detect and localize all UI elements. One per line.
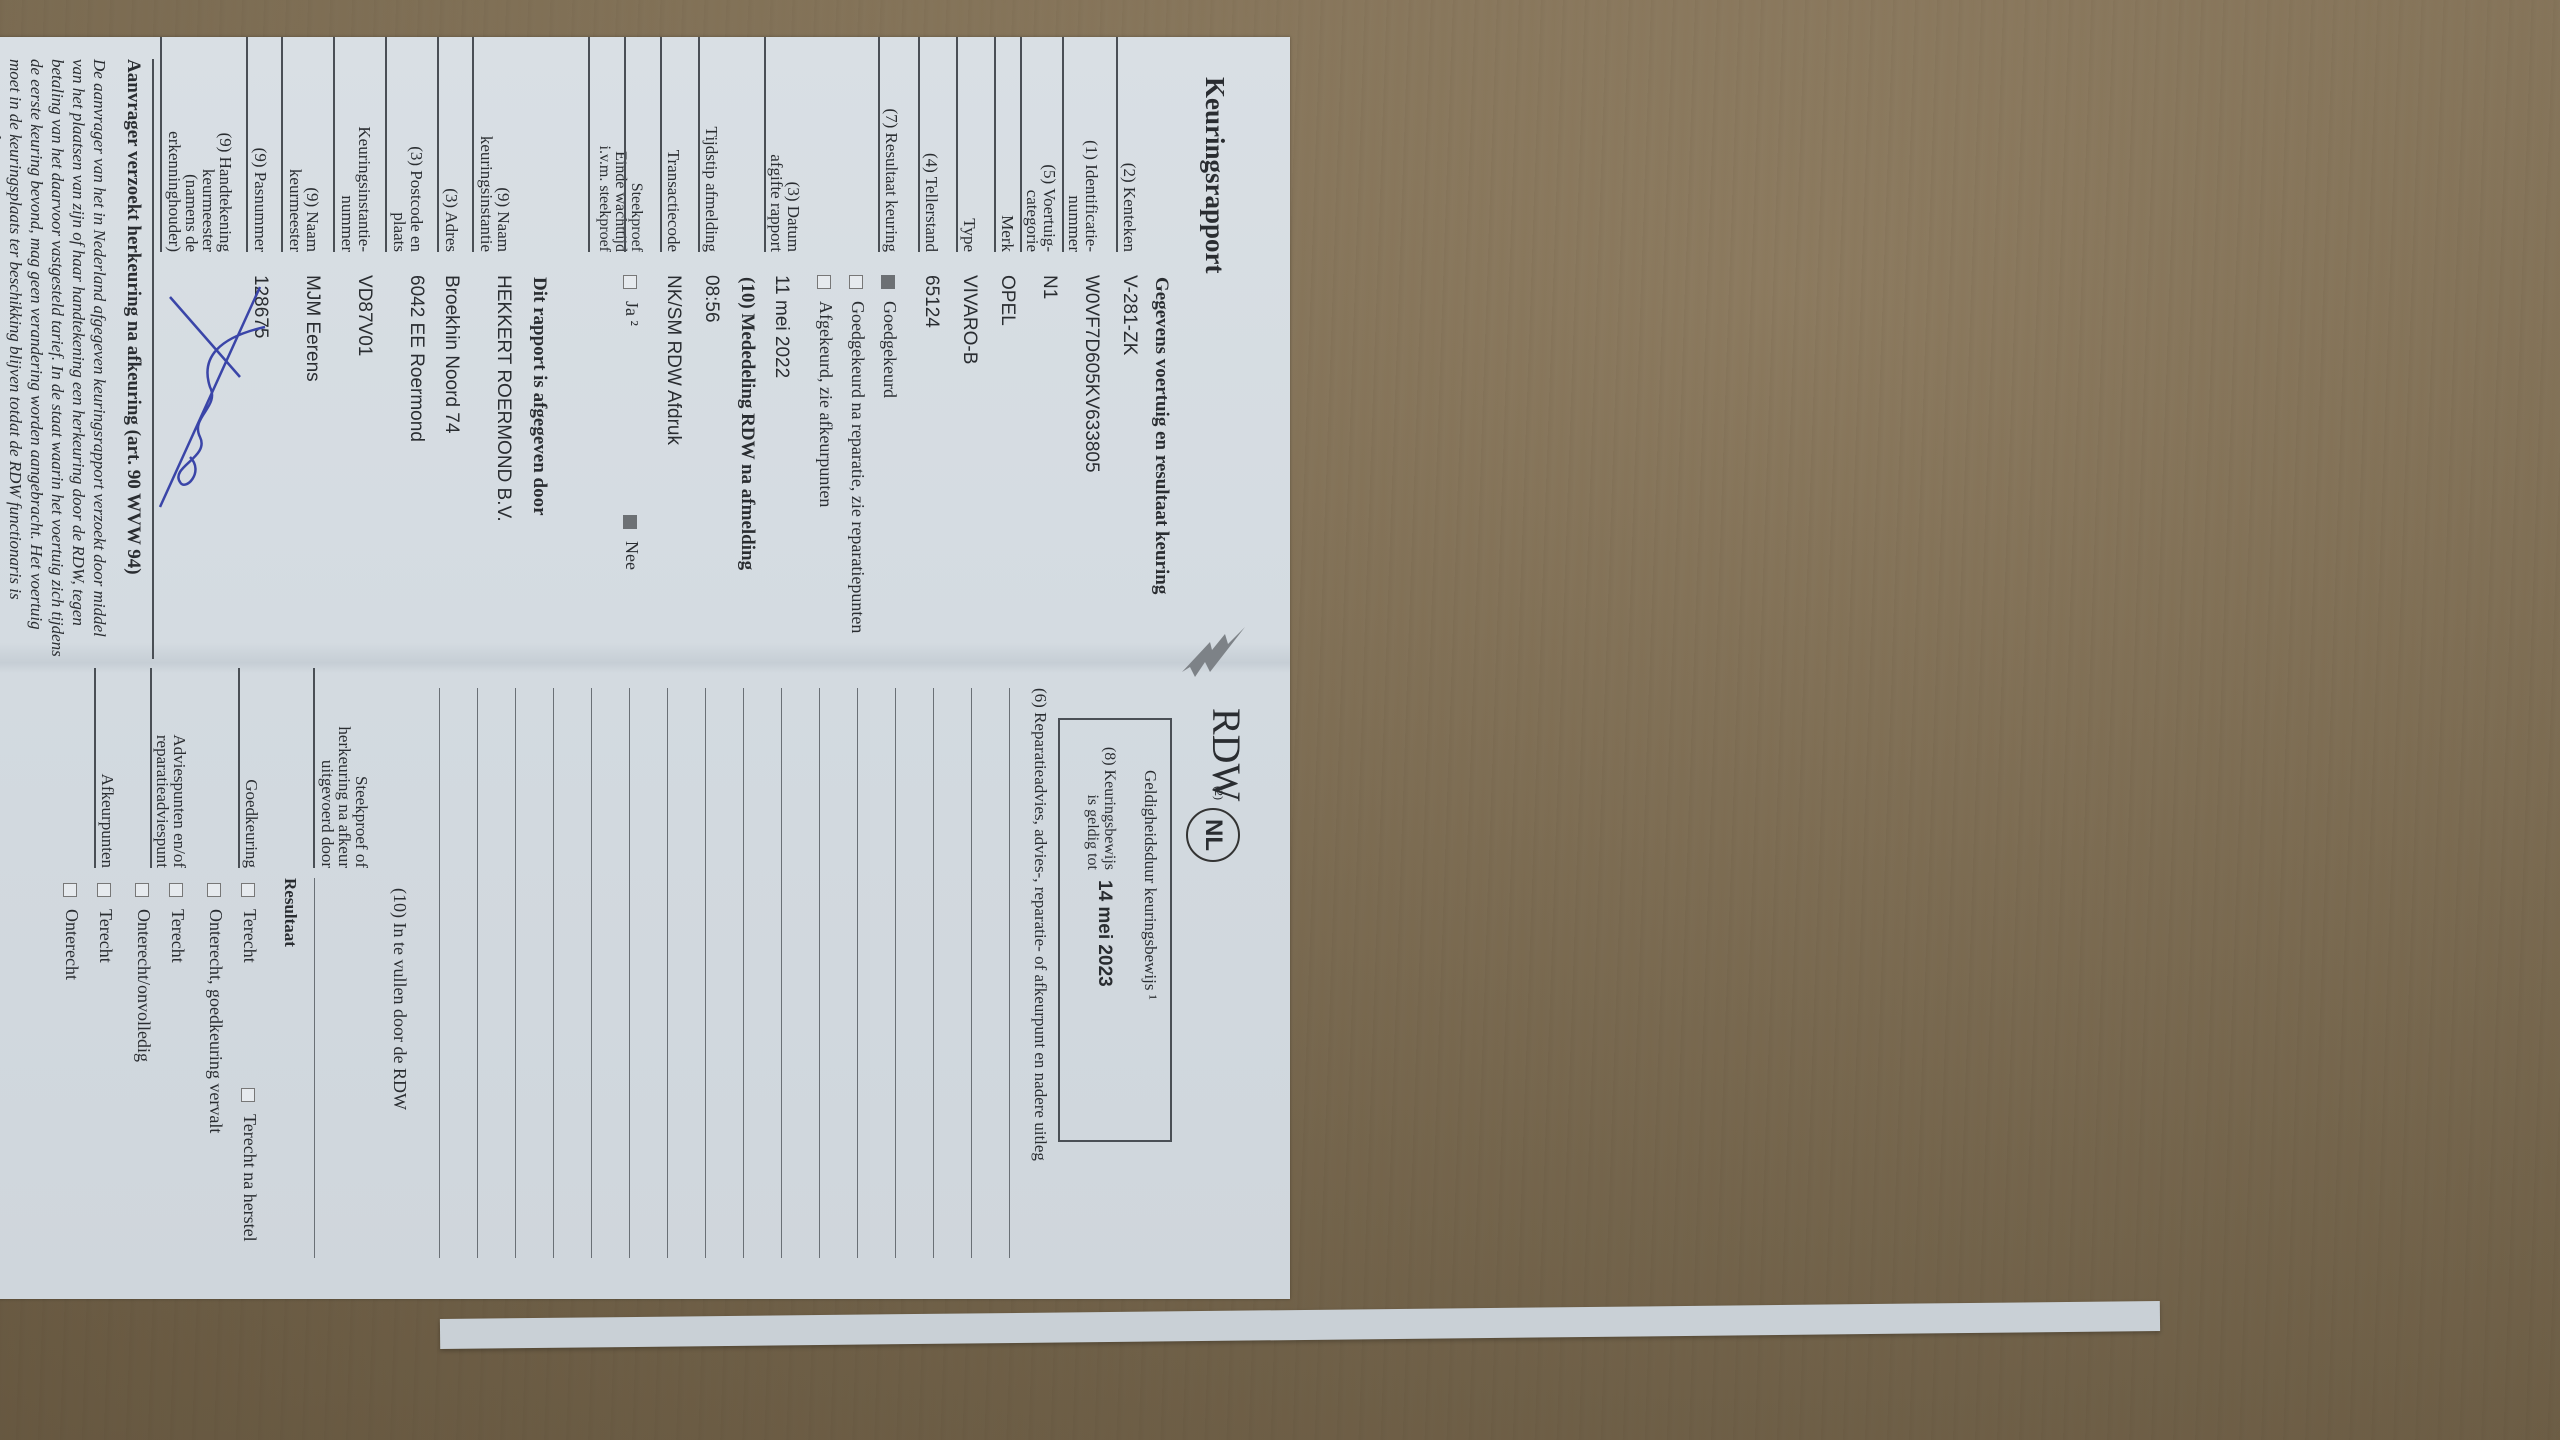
advice-line[interactable] (553, 688, 554, 1258)
rdw-group-1-option-0-checkbox[interactable] (169, 883, 183, 897)
vehicle-field-3-label: Merk (999, 37, 1016, 252)
vehicle-field-4-value: VIVARO-B (958, 275, 980, 364)
vehicle-field-5-label: (4) Tellerstand (923, 37, 940, 252)
left-column: Keuringsrapport Gegevens voertuig en res… (0, 37, 1290, 668)
date-rule (764, 37, 766, 252)
country-marker: (2) (1211, 786, 1226, 800)
issuer-field-5-label: (9) Pasnummer (252, 37, 269, 252)
issuer-field-4-rule (281, 37, 283, 252)
issuer-heading: Dit rapport is afgegeven door (528, 277, 550, 516)
issuer-field-2-value: 6042 EE Roermond (405, 275, 427, 442)
rdw-group-2-option-1-label: Onterecht (62, 909, 82, 980)
issuer-field-0-value: HEKKERT ROERMOND B.V. (492, 275, 514, 522)
rdw-group-1-label: Adviespunten en/of reparatieadviespunt (154, 668, 188, 868)
nl-country-badge: NL (1186, 808, 1240, 862)
rdw-group-2-rule (94, 668, 96, 868)
request-body: De aanvrager van het in Nederland afgege… (0, 59, 110, 659)
date-value: 11 mei 2022 (770, 275, 792, 378)
advice-line[interactable] (895, 688, 896, 1258)
result-rule (878, 37, 880, 252)
advice-line[interactable] (1009, 688, 1010, 1258)
validity-label: (8) Keuringsbewijs is geldig tot (1084, 720, 1118, 870)
notification-heading: (10) Mededeling RDW na afmelding (736, 277, 758, 570)
rdw-group-0-option-0[interactable]: Terecht (239, 883, 260, 963)
rdw-group-0-option-2-label: Onterecht, goedkeuring vervalt (206, 909, 226, 1133)
advice-line[interactable] (971, 688, 972, 1258)
issuer-field-4-value: MJM Eerens (301, 275, 323, 382)
issuer-field-4-label: (9) Naam keurmeester (287, 37, 321, 252)
repair-advice-heading: (6) Reparatieadvies, advies-, reparatie-… (1030, 688, 1050, 1161)
vehicle-field-2-label: (5) Voertuig- categorie (1024, 37, 1058, 252)
sample-rule (624, 37, 626, 252)
vehicle-field-0-label: (2) Kenteken (1121, 37, 1138, 252)
sample-option-0-checkbox[interactable] (623, 275, 637, 289)
vehicle-section-heading: Gegevens voertuig en resultaat keuring (1150, 277, 1172, 594)
validity-heading: Geldigheidsduur keuringsbewijs ¹ (1140, 770, 1160, 1000)
result-heading: Resultaat (280, 878, 300, 947)
vehicle-field-4-label: Type (961, 37, 978, 252)
sample-option-0-label: Ja ² (622, 301, 642, 326)
validity-date: 14 mei 2023 (1093, 880, 1115, 987)
vehicle-field-0-value: V-281-ZK (1118, 275, 1140, 355)
vehicle-field-2-value: N1 (1038, 275, 1060, 299)
issuer-field-5-rule (246, 37, 248, 252)
advice-line[interactable] (705, 688, 706, 1258)
rdw-group-0-option-2-checkbox[interactable] (207, 883, 221, 897)
result-option-0-label: Goedgekeurd (880, 301, 900, 398)
transaction-field-label: Transactiecode (665, 37, 682, 252)
vehicle-field-3-value: OPEL (996, 275, 1018, 326)
time-field-value: 08:56 (700, 275, 722, 323)
advice-line[interactable] (819, 688, 820, 1258)
result-option-2-checkbox[interactable] (817, 275, 831, 289)
rdw-group-2-option-0-label: Terecht (96, 909, 116, 963)
rdw-feather-logo-icon (1180, 622, 1250, 682)
date-label: (3) Datum afgifte rapport (768, 37, 802, 252)
result-option-1[interactable]: Goedgekeurd na reparatie, zie reparatiep… (847, 275, 868, 633)
sample-option-0[interactable]: Ja ² (621, 275, 642, 326)
rdw-group-0-option-1[interactable]: Terecht na herstel (239, 1088, 260, 1242)
result-option-0[interactable]: Goedgekeurd (879, 275, 900, 398)
rdw-group-1-option-1-label: Onterecht/onvolledig (134, 909, 154, 1062)
advice-line[interactable] (857, 688, 858, 1258)
sample-option-1[interactable]: Nee (621, 515, 642, 570)
vehicle-field-2-rule (1020, 37, 1022, 252)
advice-line[interactable] (781, 688, 782, 1258)
right-column: RDW (2) NL Geldigheidsduur keuringsbewij… (0, 668, 1290, 1299)
sample-option-1-checkbox[interactable] (623, 515, 637, 529)
issuer-field-2-label: (3) Postcode en plaats (391, 37, 425, 252)
rdw-group-0-option-0-checkbox[interactable] (241, 883, 255, 897)
issuer-field-0-label: (9) Naam keuringsinstantie (478, 37, 512, 252)
advice-line[interactable] (591, 688, 592, 1258)
rdw-group-1-option-0[interactable]: Terecht (167, 883, 188, 963)
rdw-group-0-option-1-checkbox[interactable] (241, 1088, 255, 1102)
validity-box: Geldigheidsduur keuringsbewijs ¹ (8) Keu… (1058, 718, 1172, 1142)
inspector-signature (150, 267, 280, 527)
rdw-group-0-option-1-label: Terecht na herstel (240, 1114, 260, 1242)
time-field-label: Tijdstip afmelding (703, 37, 720, 252)
issuer-field-0-rule (472, 37, 474, 252)
advice-line[interactable] (743, 688, 744, 1258)
document-title: Keuringsrapport (1199, 77, 1230, 274)
rdw-group-2-option-0-checkbox[interactable] (97, 883, 111, 897)
result-label: (7) Resultaat keuring (883, 37, 900, 252)
time-field-rule (698, 37, 700, 252)
rdw-group-1-option-1-checkbox[interactable] (135, 883, 149, 897)
result-option-1-checkbox[interactable] (849, 275, 863, 289)
rdw-section-heading: (10) In te vullen door de RDW (389, 888, 410, 1110)
rdw-group-1-option-0-label: Terecht (168, 909, 188, 963)
performed-by-label: Steekproef of herkeuring na afkeur uitge… (319, 668, 370, 868)
rdw-group-2-option-1-checkbox[interactable] (63, 883, 77, 897)
advice-line[interactable] (667, 688, 668, 1258)
vehicle-field-5-rule (918, 37, 920, 252)
vehicle-field-1-label: (1) Identificatie- nummer (1066, 37, 1100, 252)
sample-label: Steekproef Einde wachttijd i.v.m. steekp… (596, 37, 644, 252)
issuer-field-6-rule (160, 37, 162, 252)
issuer-field-1-value: Broekhin Noord 74 (440, 275, 462, 433)
rdw-group-2-option-0[interactable]: Terecht (95, 883, 116, 963)
advice-line[interactable] (629, 688, 630, 1258)
advice-line[interactable] (439, 688, 440, 1258)
vehicle-field-1-rule (1062, 37, 1064, 252)
result-option-2-label: Afgekeurd, zie afkeurpunten (816, 301, 836, 507)
advice-line[interactable] (515, 688, 516, 1258)
result-option-2[interactable]: Afgekeurd, zie afkeurpunten (815, 275, 836, 507)
rdw-group-0-label: Goedkeuring (243, 668, 260, 868)
result-option-0-checkbox[interactable] (881, 275, 895, 289)
vehicle-field-4-rule (956, 37, 958, 252)
advice-line[interactable] (477, 688, 478, 1258)
transaction-field-rule (660, 37, 662, 252)
rdw-group-2-option-1[interactable]: Onterecht (61, 883, 82, 980)
issuer-field-1-label: (3) Adres (443, 37, 460, 252)
rdw-group-0-option-0-label: Terecht (240, 909, 260, 963)
issuer-field-1-rule (437, 37, 439, 252)
rdw-group-0-rule (238, 668, 240, 868)
vehicle-field-5-value: 65124 (920, 275, 942, 328)
vehicle-field-1-value: W0VF7D605KV633805 (1080, 275, 1102, 473)
issuer-field-6-label: (9) Handtekening keurmeester (namens de … (166, 37, 234, 252)
advice-line[interactable] (933, 688, 934, 1258)
result-option-1-label: Goedgekeurd na reparatie, zie reparatiep… (848, 301, 868, 633)
vehicle-field-0-rule (1116, 37, 1118, 252)
transaction-field-value: NK/SM RDW Afdruk (662, 275, 684, 445)
issuer-field-3-rule (333, 37, 335, 252)
issuer-field-3-value: VD87V01 (353, 275, 375, 356)
rdw-group-1-rule (150, 668, 152, 868)
issuer-field-3-label: Keuringsinstantie- nummer (339, 37, 373, 252)
rdw-group-1-option-1[interactable]: Onterecht/onvolledig (133, 883, 154, 1062)
request-heading: Aanvrager verzoekt herkeuring na afkeuri… (122, 59, 144, 575)
rdw-group-2-label: Afkeurpunten (99, 668, 116, 868)
vehicle-field-3-rule (994, 37, 996, 252)
issuer-field-2-rule (385, 37, 387, 252)
sample-end-rule (588, 37, 590, 252)
sample-option-1-label: Nee (622, 541, 642, 570)
rdw-group-0-option-2[interactable]: Onterecht, goedkeuring vervalt (205, 883, 226, 1133)
inspection-report-document: Keuringsrapport Gegevens voertuig en res… (0, 37, 1290, 1299)
